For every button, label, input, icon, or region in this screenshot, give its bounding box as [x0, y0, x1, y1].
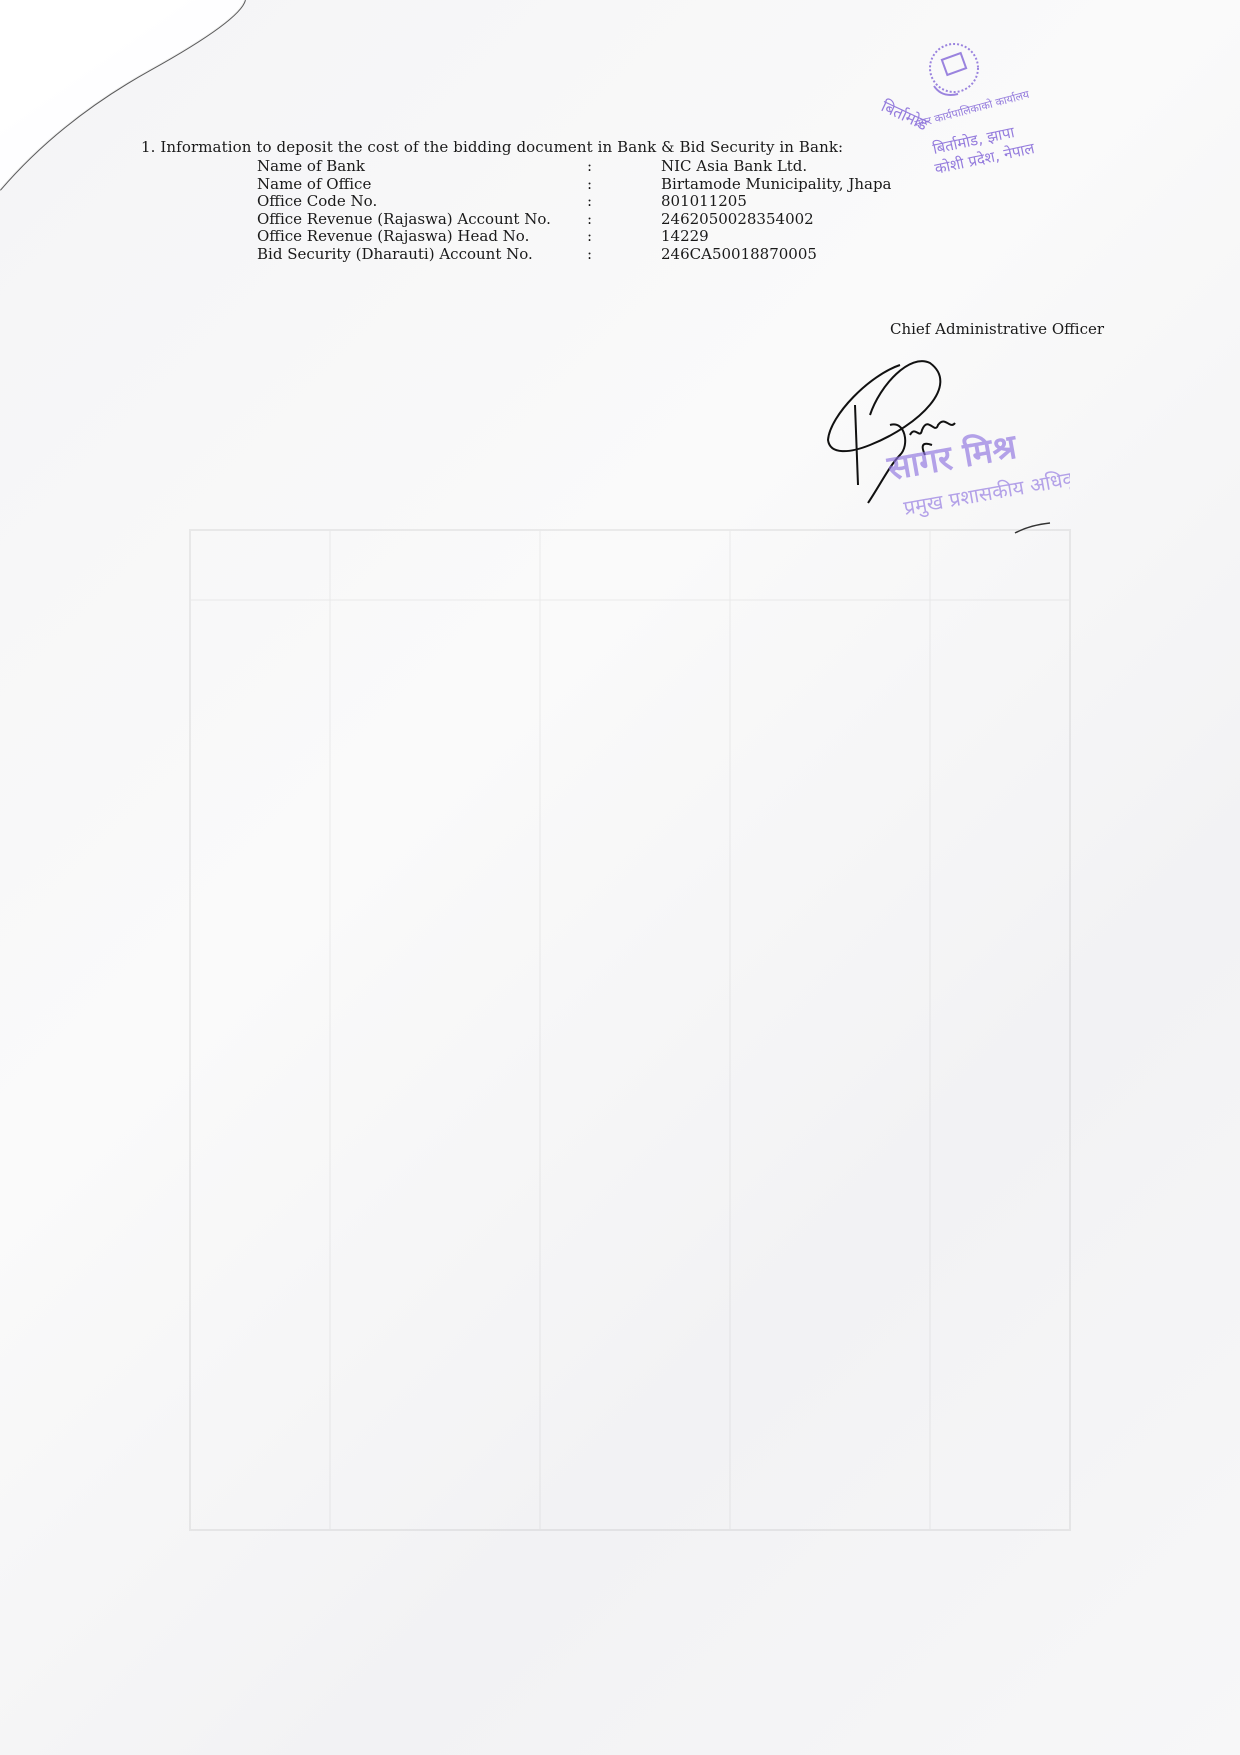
- info-label: Name of Bank: [257, 158, 587, 176]
- info-separator: :: [587, 211, 661, 229]
- info-separator: :: [587, 246, 661, 264]
- info-value: 14229: [661, 228, 961, 246]
- bank-info-table: Name of Bank : NIC Asia Bank Ltd. Name o…: [257, 158, 961, 263]
- info-separator: :: [587, 176, 661, 194]
- signatory-title: Chief Administrative Officer: [890, 320, 1104, 338]
- info-value: 246CA50018870005: [661, 246, 961, 264]
- info-row-bank-name: Name of Bank : NIC Asia Bank Ltd.: [257, 158, 961, 176]
- info-label: Office Revenue (Rajaswa) Head No.: [257, 228, 587, 246]
- info-value: 801011205: [661, 193, 961, 211]
- municipality-stamp: बिर्तामोड नगर कार्यपालिकाको कार्यालय बिर…: [862, 26, 1052, 186]
- info-separator: :: [587, 193, 661, 211]
- info-label: Bid Security (Dharauti) Account No.: [257, 246, 587, 264]
- info-row-bid-security-account: Bid Security (Dharauti) Account No. : 24…: [257, 246, 961, 264]
- info-label: Name of Office: [257, 176, 587, 194]
- info-separator: :: [587, 228, 661, 246]
- page-fold-edge: [0, 0, 260, 210]
- info-row-revenue-account: Office Revenue (Rajaswa) Account No. : 2…: [257, 211, 961, 229]
- info-label: Office Code No.: [257, 193, 587, 211]
- info-row-office-name: Name of Office : Birtamode Municipality,…: [257, 176, 961, 194]
- info-row-office-code: Office Code No. : 801011205: [257, 193, 961, 211]
- info-separator: :: [587, 158, 661, 176]
- stamp-text-2: नगर कार्यपालिकाको कार्यालय: [913, 88, 1031, 131]
- info-label: Office Revenue (Rajaswa) Account No.: [257, 211, 587, 229]
- signature-block: सागर मिश्र प्रमुख प्रशासकीय अधिकृत: [810, 345, 1070, 545]
- section-heading: 1. Information to deposit the cost of th…: [141, 138, 843, 156]
- info-row-revenue-head: Office Revenue (Rajaswa) Head No. : 1422…: [257, 228, 961, 246]
- info-value: 2462050028354002: [661, 211, 961, 229]
- emblem-icon: [930, 44, 978, 95]
- pen-mark: [1015, 523, 1050, 533]
